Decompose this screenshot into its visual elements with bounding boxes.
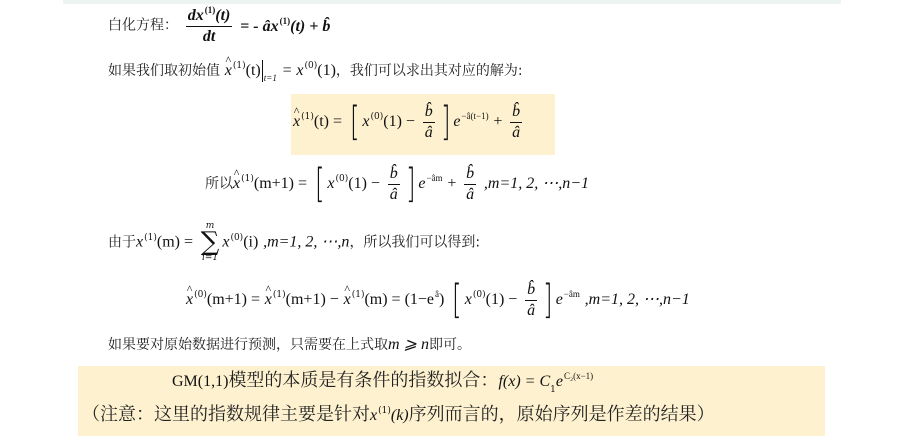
x-hat: x [225,63,232,79]
forecast-note: 如果要对原始数据进行预测，只需要在上式取m ⩾ n即可。 [108,337,471,353]
solution-formula: x(1)(t) = [x(0)(1) − b̂â]e−â(t−1) + b̂â [293,102,525,142]
eval-bar [262,60,263,82]
summary-line-2: （注意：这里的指数规律主要是针对x(1)(k)序列而言的，原始序列是作差的结果） [82,406,715,424]
discrete-range: ,m=1, 2, ⋯,n−1 [484,175,589,192]
whitening-label: 白化方程： [108,18,178,34]
derivative-fraction: dx(1)(t) dt [186,6,233,45]
summation: m∑i=1 [201,222,220,263]
summary-line-1: GM(1,1)模型的本质是有条件的指数拟合：f(x) = C1eC₂(x−1) [172,372,593,395]
restore-formula: x(0)(m+1) = x(1)(m+1) − x(1)(m) = (1−eâ)… [186,280,690,320]
initial-value-suffix: ，我们可以求出其对应的解为: [336,63,523,79]
initial-value-line: 如果我们取初始值 x(1)(t)t=1 = x(0)(1)，我们可以求出其对应的… [108,60,523,83]
initial-value-prefix: 如果我们取初始值 [108,63,220,79]
right-bracket: ] [441,102,450,142]
sum-definition: 由于x(1)(m) = m∑i=1x(0)(i) ,m=1, 2, ⋯,n，所以… [108,222,480,263]
left-bracket: [ [350,102,359,142]
whitening-equation: 白化方程： dx(1)(t) dt = - âx(1)(t) + b̂ [108,6,330,45]
discrete-prefix: 所以 [205,176,233,192]
whitening-rhs: = - âx(1)(t) + b̂ [240,18,330,35]
top-strip [63,0,841,4]
discrete-solution: 所以x(1)(m+1) = [x(0)(1) − b̂â]e−âm + b̂â … [205,164,589,204]
